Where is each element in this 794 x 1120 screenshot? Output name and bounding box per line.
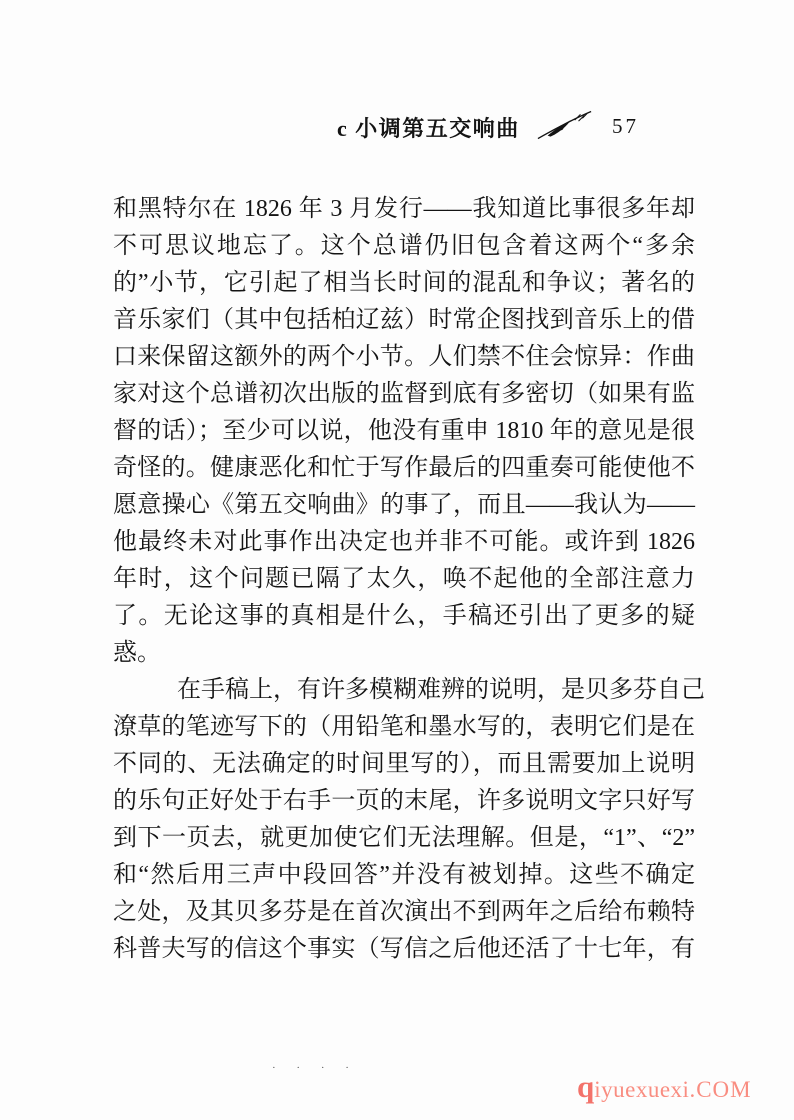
body-text-block: 和黑特尔在 1826 年 3 月发行——我知道比事很多年却 不可思议地忘了。这个… [113,191,695,968]
site-watermark: qiyuexuexi.COM [577,1072,752,1108]
page-number: 57 [612,114,639,139]
watermark-initial: q [577,1069,594,1104]
text-line: 愿意操心《第五交响曲》的事了，而且——我认为—— [113,487,695,524]
text-line: 到下一页去，就更加使它们无法理解。但是，“1”、“2” [113,820,695,857]
text-line: 音乐家们（其中包括柏辽兹）时常企图找到音乐上的借 [113,302,695,339]
text-line: 和黑特尔在 1826 年 3 月发行——我知道比事很多年却 [113,191,695,228]
text-line: 惑。 [113,635,695,672]
text-line: 他最终未对此事作出决定也并非不可能。或许到 1826 [113,524,695,561]
text-line: 年时，这个问题已隔了太久，唤不起他的全部注意力 [113,561,695,598]
text-line: 了。无论这事的真相是什么，手稿还引出了更多的疑 [113,598,695,635]
text-line: 的”小节，它引起了相当长时间的混乱和争议；著名的 [113,265,695,302]
scan-speck-artifacts: · · · · [272,1062,358,1074]
chapter-title: c 小调第五交响曲 [337,112,520,143]
scanned-book-page: c 小调第五交响曲 57 和黑特尔在 1826 年 3 月发行——我知道比事很多… [0,0,794,1120]
text-line: 家对这个总谱初次出版的监督到底有多密切（如果有监 [113,376,695,413]
watermark-domain: .COM [689,1077,751,1102]
text-line: 潦草的笔迹写下的（用铅笔和墨水写的，表明它们是在 [113,709,695,746]
text-line: 之处，及其贝多芬是在首次演出不到两年之后给布赖特 [113,894,695,931]
text-line: 奇怪的。健康恶化和忙于写作最后的四重奏可能使他不 [113,450,695,487]
text-line: 科普夫写的信这个事实（写信之后他还活了十七年，有 [113,931,695,968]
text-line: 不同的、无法确定的时间里写的），而且需要加上说明 [113,746,695,783]
text-line: 口来保留这额外的两个小节。人们禁不住会惊异：作曲 [113,339,695,376]
watermark-name: iyuexuexi [594,1077,689,1102]
text-line: 和“然后用三声中段回答”并没有被划掉。这些不确定 [113,857,695,894]
text-line: 的乐句正好处于右手一页的末尾，许多说明文字只好写 [113,783,695,820]
text-line: 不可思议地忘了。这个总谱仍旧包含着这两个“多余 [113,228,695,265]
text-line: 督的话）；至少可以说，他没有重申 1810 年的意见是很 [113,413,695,450]
text-line-paragraph-start: 在手稿上，有许多模糊难辨的说明，是贝多芬自己 [113,672,695,709]
quill-flourish-icon [536,108,594,142]
